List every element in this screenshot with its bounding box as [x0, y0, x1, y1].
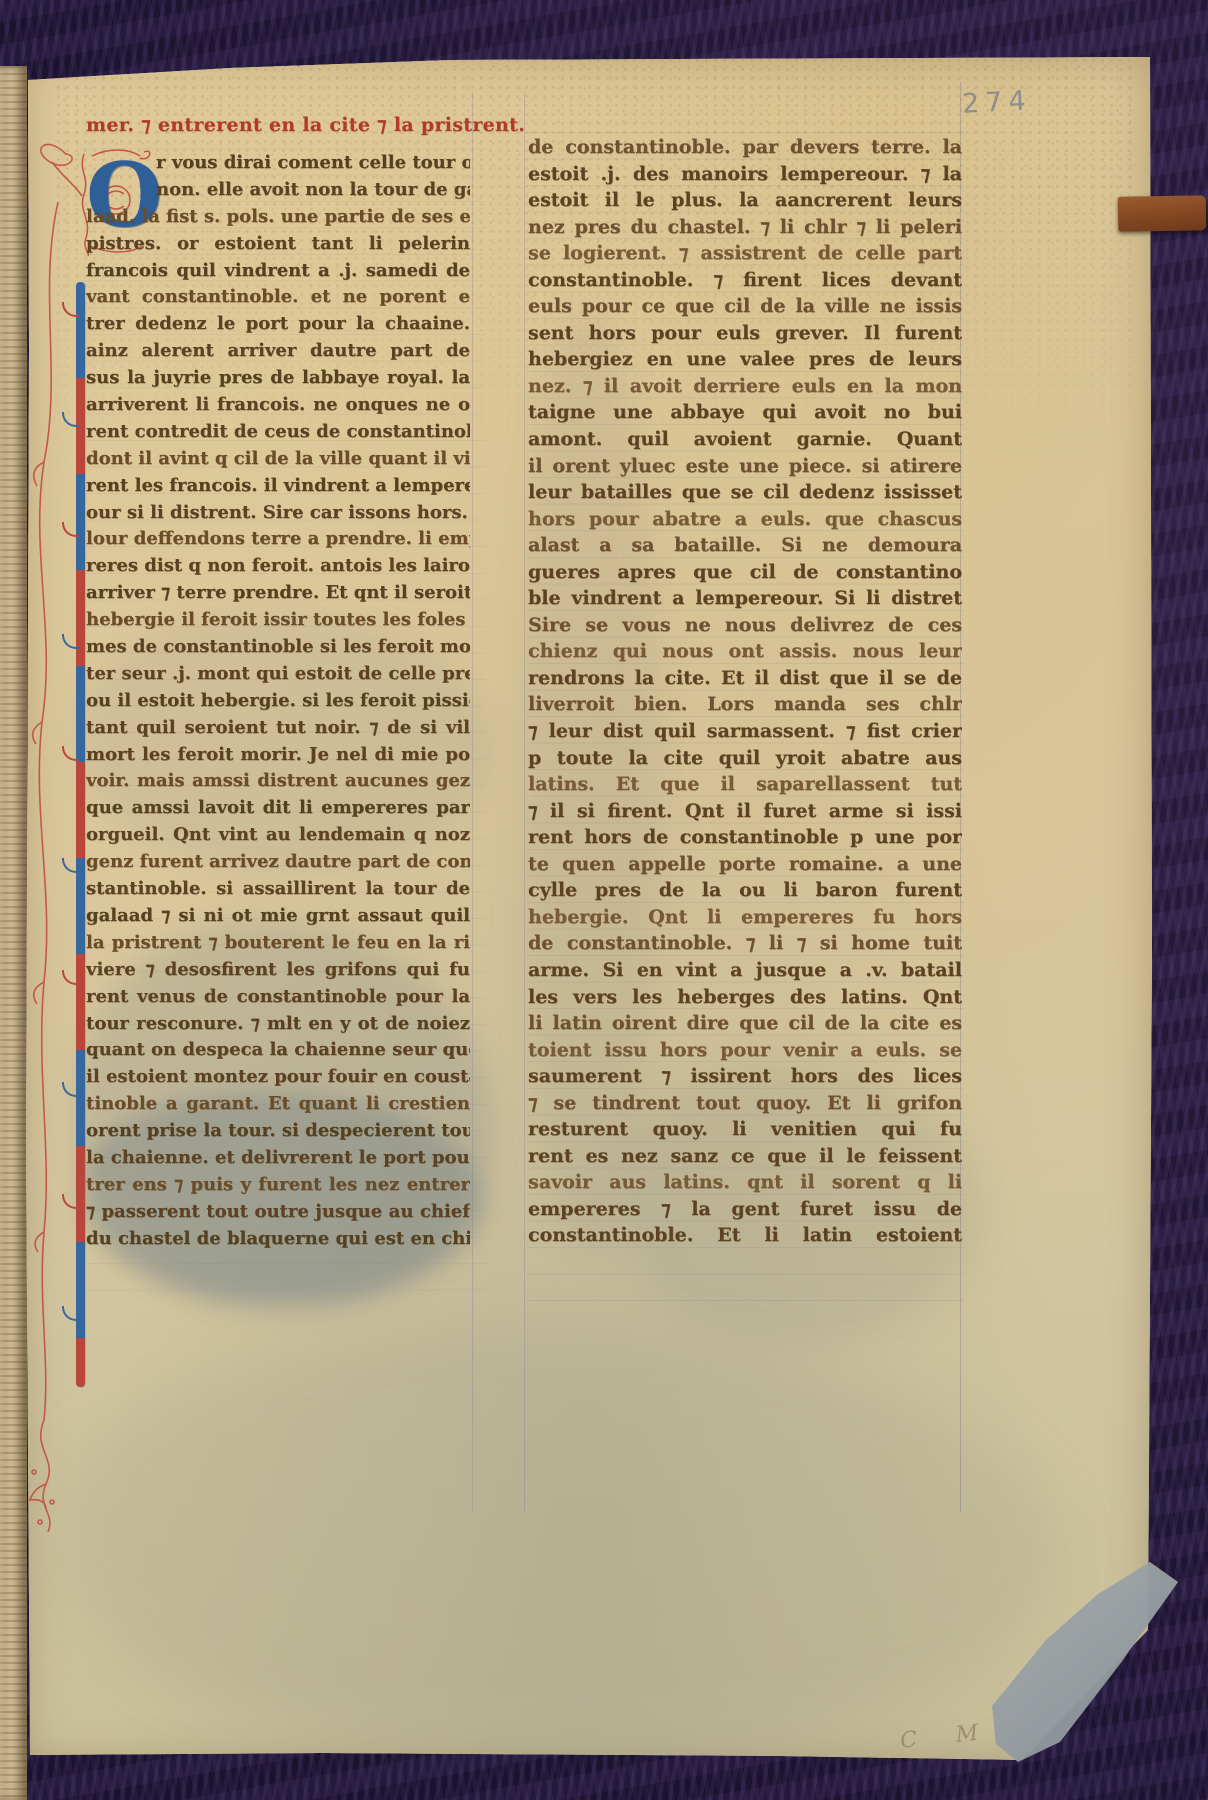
ruling-line-vertical — [524, 92, 525, 1512]
text-line: rent es nez sanz ce que il le feissent — [528, 1143, 962, 1170]
text-column-a: r vous dirai coment celle tour otnon. el… — [86, 150, 470, 1253]
text-column-b: de constantinoble. par devers terre. lae… — [528, 134, 962, 1249]
text-line: hebergiez en une valee pres de leurs — [528, 346, 962, 373]
text-line: lour deffendons terre a prendre. li empe — [86, 526, 470, 553]
text-line: francois quil vindrent a .j. samedi de — [86, 258, 470, 285]
text-line: sus la juyrie pres de labbaye royal. la — [86, 365, 470, 392]
bottom-inscription: C M — [899, 1719, 995, 1754]
text-line: leur batailles que se cil dedenz ississe… — [528, 479, 962, 506]
text-line: mes de constantinoble si les feroit mo — [86, 634, 470, 661]
text-line: se logierent. ⁊ assistrent de celle part — [528, 240, 962, 267]
text-line: ⁊ se tindrent tout quoy. Et li grifon — [528, 1090, 962, 1117]
chapter-rubric: mer. ⁊ entrerent en la cite ⁊ la pristre… — [86, 114, 464, 136]
text-line: tant quil seroient tut noir. ⁊ de si vil — [86, 715, 470, 742]
text-line: il estoient montez pour fouir en cousta — [86, 1064, 470, 1091]
text-line: our si li distrent. Sire car issons hors… — [86, 500, 470, 527]
ruling-line-vertical — [472, 92, 473, 1512]
text-line: orgueil. Qnt vint au lendemain q noz — [86, 822, 470, 849]
text-line: arriverent li francois. ne onques ne o — [86, 392, 470, 419]
text-line: viere ⁊ desosfirent les grifons qui fu — [86, 957, 470, 984]
text-line: de constantinoble. ⁊ li ⁊ si home tuit — [528, 930, 962, 957]
text-line: euls pour ce que cil de la ville ne issi… — [528, 293, 962, 320]
text-line: toient issu hors pour venir a euls. se — [528, 1037, 962, 1064]
text-line: rendrons la cite. Et il dist que il se d… — [528, 665, 962, 692]
text-line: ou il estoit hebergie. si les feroit pis… — [86, 688, 470, 715]
text-line: estoit il le plus. la aancrerent leurs — [528, 187, 962, 214]
text-line: nez pres du chastel. ⁊ li chlr ⁊ li pele… — [528, 214, 962, 241]
text-line: chienz qui nous ont assis. nous leur — [528, 638, 962, 665]
text-line: alast a sa bataille. Si ne demoura — [528, 532, 962, 559]
folio-number: 274 — [961, 83, 1072, 120]
text-line: les vers les heberges des latins. Qnt — [528, 984, 962, 1011]
leather-index-tab — [1118, 195, 1207, 232]
text-line: non. elle avoit non la tour de ga — [156, 177, 470, 204]
text-line: pistres. or estoient tant li pelerin — [86, 231, 470, 258]
text-line: stantinoble. si assaillirent la tour de — [86, 876, 470, 903]
text-line: hebergie. Qnt li empereres fu hors — [528, 904, 962, 931]
text-line: ⁊ leur dist quil sarmassent. ⁊ fist crie… — [528, 718, 962, 745]
text-line: mort les feroit morir. Je nel di mie po — [86, 742, 470, 769]
text-line: resturent quoy. li venitien qui fu — [528, 1116, 962, 1143]
text-line: saumerent ⁊ issirent hors des lices — [528, 1063, 962, 1090]
text-line: la chaienne. et delivrerent le port pour… — [86, 1145, 470, 1172]
manuscript-photo: { "manuscript": { "folio_number": "274",… — [0, 0, 1208, 1800]
text-line: vant constantinoble. et ne porent e — [86, 284, 470, 311]
text-line: quant on despeca la chaienne seur quoy — [86, 1037, 470, 1064]
text-line: arme. Si en vint a jusque a .v. batail — [528, 957, 962, 984]
text-line: du chastel de blaquerne qui est en chief — [86, 1226, 470, 1253]
text-line: estoit .j. des manoirs lempereour. ⁊ la — [528, 161, 962, 188]
text-line: li latin oirent dire que cil de la cite … — [528, 1010, 962, 1037]
parchment-page: mer. ⁊ entrerent en la cite ⁊ la pristre… — [20, 52, 1154, 1768]
text-line: te quen appelle porte romaine. a une — [528, 851, 962, 878]
text-line: laad. la fist s. pols. une partie de ses… — [86, 204, 470, 231]
text-line: empereres ⁊ la gent furet issu de — [528, 1196, 962, 1223]
text-line: rent contredit de ceus de constantinoble — [86, 419, 470, 446]
text-line: que amssi lavoit dit li empereres par — [86, 795, 470, 822]
text-line: dont il avint q cil de la ville quant il… — [86, 446, 470, 473]
text-line: ter seur .j. mont qui estoit de celle pr… — [86, 661, 470, 688]
text-line: de constantinoble. par devers terre. la — [528, 134, 962, 161]
text-line: taigne une abbaye qui avoit no bui — [528, 399, 962, 426]
text-line: r vous dirai coment celle tour ot — [156, 150, 470, 177]
text-line: ainz alerent arriver dautre part de — [86, 338, 470, 365]
text-line: liverroit bien. Lors manda ses chlr — [528, 691, 962, 718]
text-line: sent hors pour euls grever. Il furent — [528, 320, 962, 347]
text-line: voir. mais amssi distrent aucunes gez — [86, 768, 470, 795]
text-line: tour resconure. ⁊ mlt en y ot de noiez — [86, 1011, 470, 1038]
text-line: rent hors de constantinoble p une por — [528, 824, 962, 851]
text-line: gueres apres que cil de constantino — [528, 559, 962, 586]
text-line: latins. Et que il saparellassent tut — [528, 771, 962, 798]
text-line: constantinoble. Et li latin estoient — [528, 1222, 962, 1249]
text-line: ble vindrent a lempereour. Si li distret — [528, 585, 962, 612]
text-line: hebergie il feroit issir toutes les fole… — [86, 607, 470, 634]
text-line: constantinoble. ⁊ firent lices devant — [528, 267, 962, 294]
text-line: hors pour abatre a euls. que chascus — [528, 506, 962, 533]
text-line: rent venus de constantinoble pour la — [86, 984, 470, 1011]
text-line: il orent yluec este une piece. si atirer… — [528, 453, 962, 480]
stain — [60, 1332, 1060, 1752]
gutter-folio-edge — [0, 66, 27, 1800]
text-line: savoir aus latins. qnt il sorent q li — [528, 1169, 962, 1196]
text-line: rent les francois. il vindrent a lempere — [86, 473, 470, 500]
text-line: trer ens ⁊ puis y furent les nez entrer — [86, 1172, 470, 1199]
text-line: Sire se vous ne nous delivrez de ces — [528, 612, 962, 639]
text-line: cylle pres de la ou li baron furent — [528, 877, 962, 904]
margin-decoration-bar — [76, 282, 85, 1387]
text-line: trer dedenz le port pour la chaaine. — [86, 311, 470, 338]
text-line: la pristrent ⁊ bouterent le feu en la ri — [86, 930, 470, 957]
text-line: ⁊ il si firent. Qnt il furet arme si iss… — [528, 798, 962, 825]
text-line: reres dist q non feroit. antois les lair… — [86, 553, 470, 580]
text-line: galaad ⁊ si ni ot mie grnt assaut quil — [86, 903, 470, 930]
text-line: arriver ⁊ terre prendre. Et qnt il seroi… — [86, 580, 470, 607]
text-line: genz furent arrivez dautre part de con — [86, 849, 470, 876]
text-line: tinoble a garant. Et quant li crestien — [86, 1091, 470, 1118]
text-line: p toute la cite quil yroit abatre aus — [528, 745, 962, 772]
text-line: nez. ⁊ il avoit derriere euls en la mon — [528, 373, 962, 400]
text-line: amont. quil avoient garnie. Quant — [528, 426, 962, 453]
text-line: ⁊ passerent tout outre jusque au chief — [86, 1199, 470, 1226]
text-line: orent prise la tour. si despecierent tou… — [86, 1118, 470, 1145]
